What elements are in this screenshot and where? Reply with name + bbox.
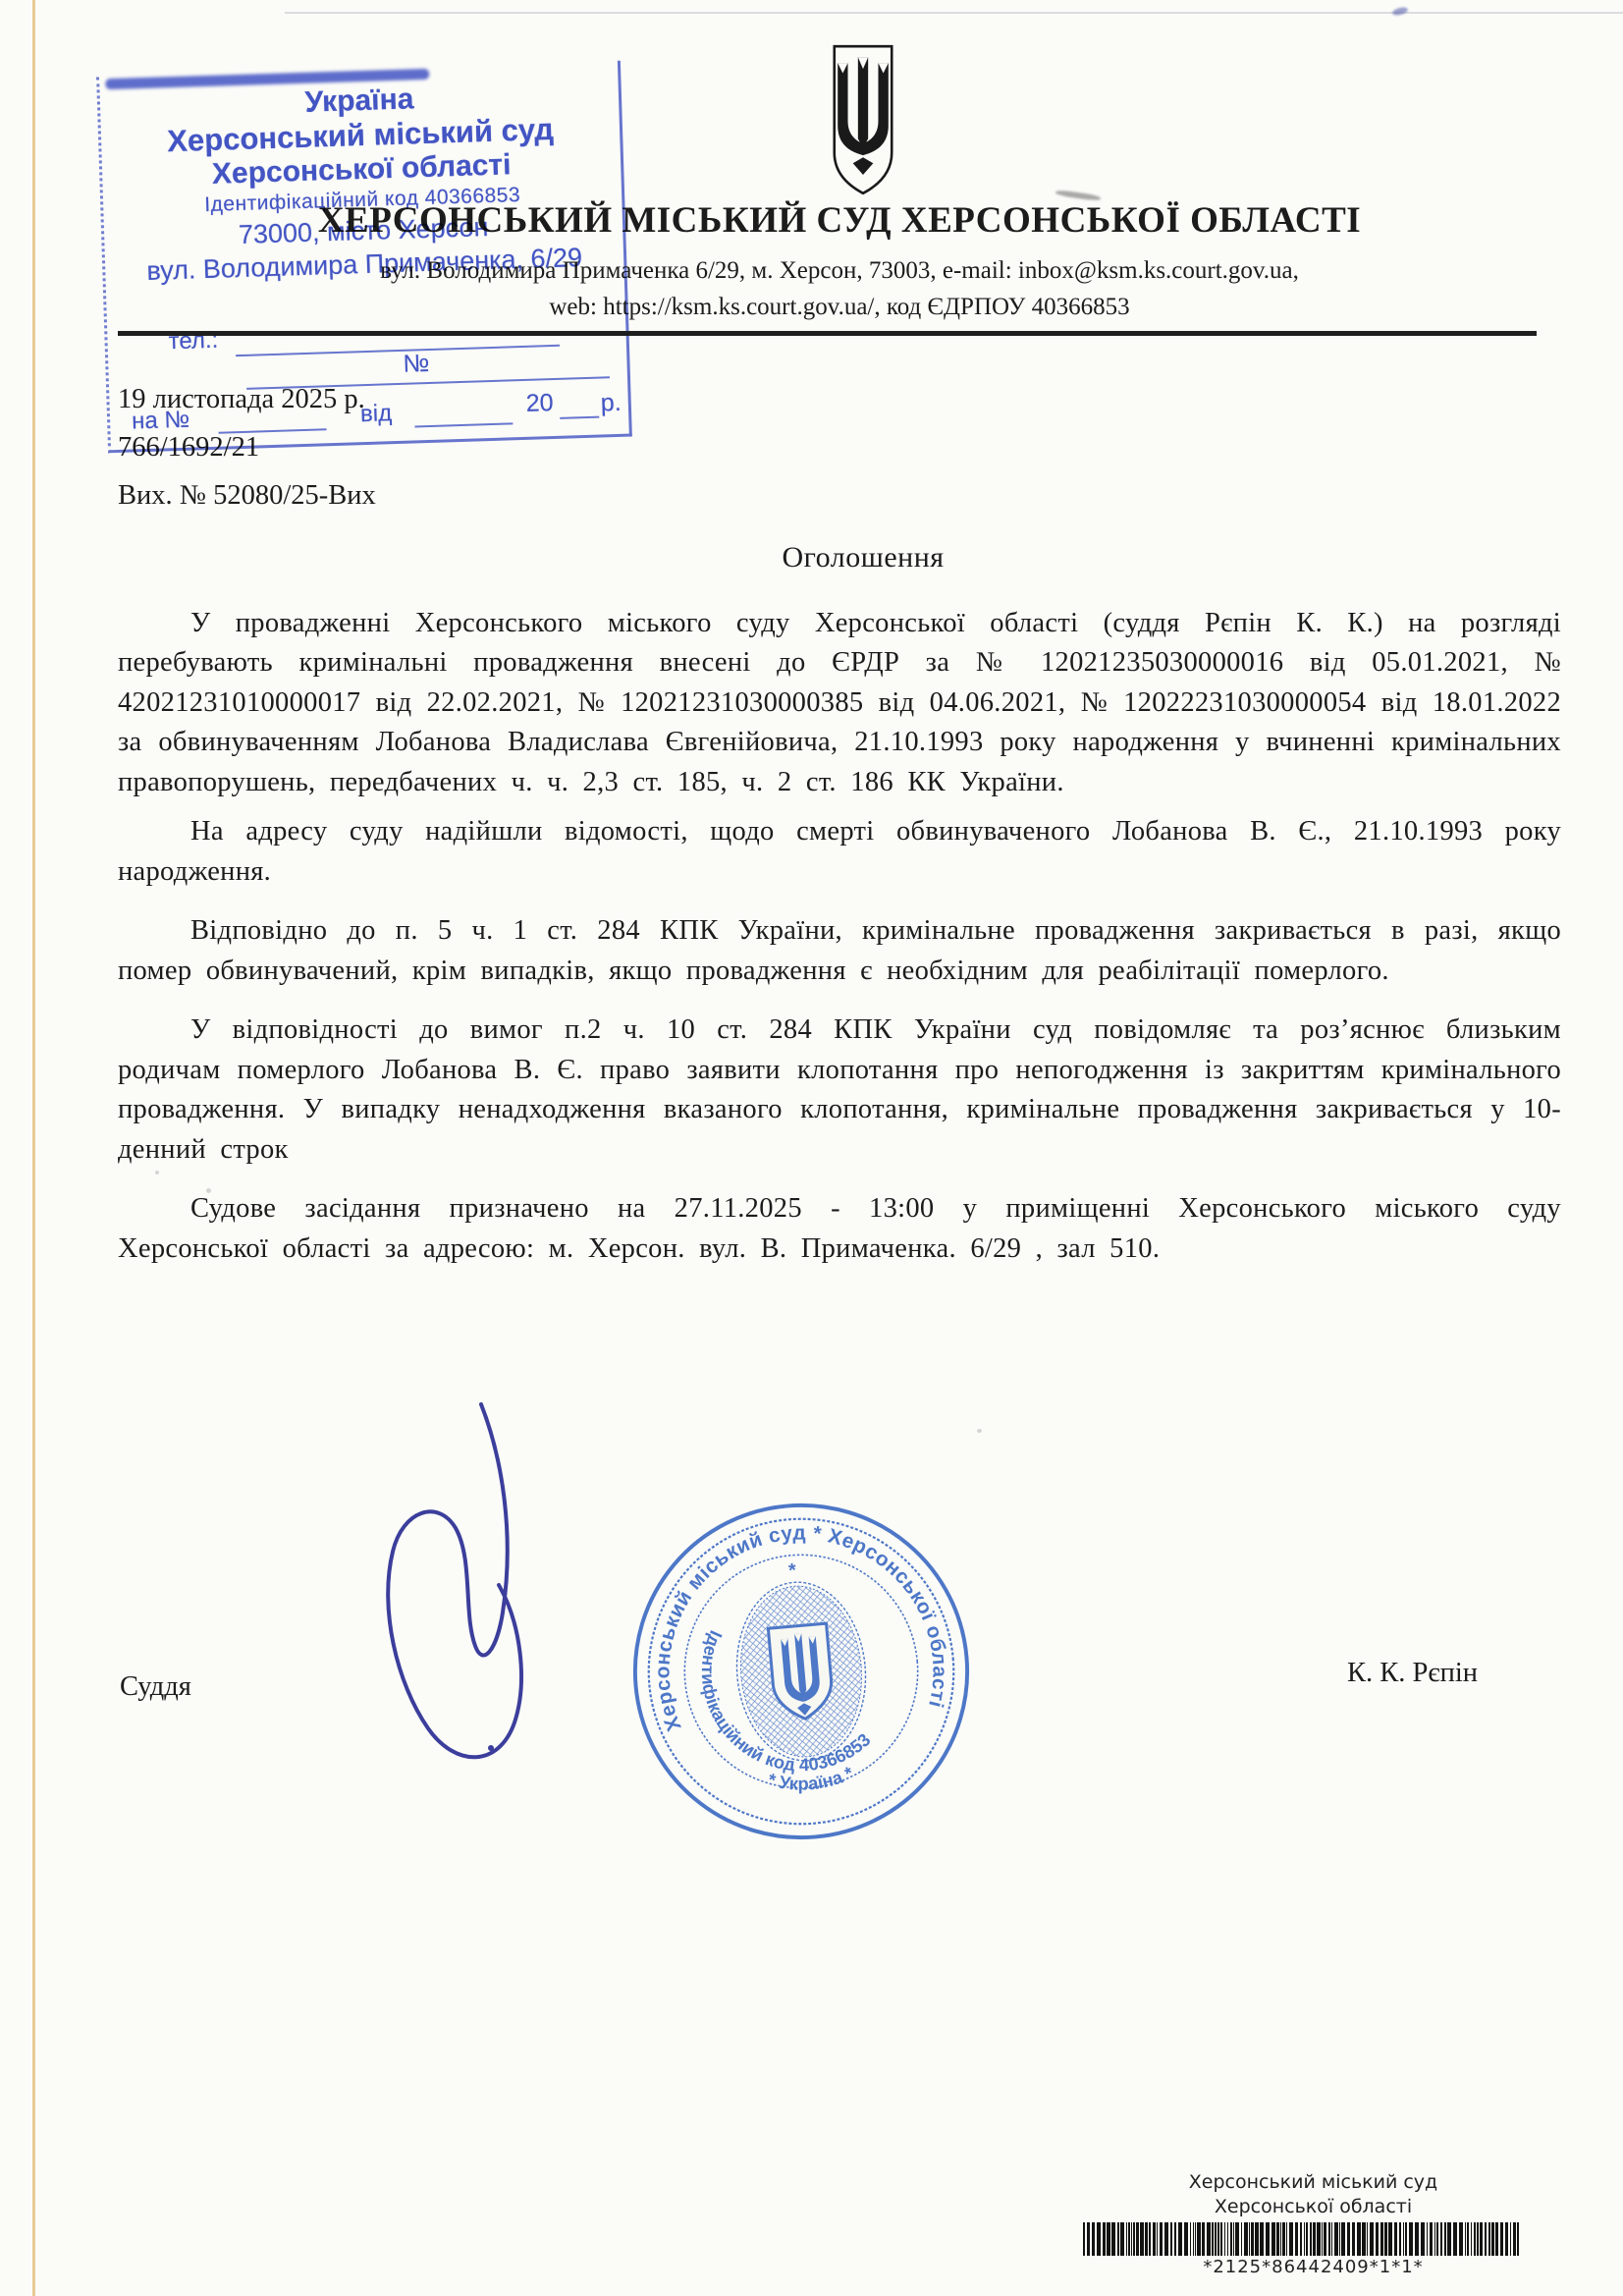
stamp-blank-line [414,421,513,427]
scan-speck [977,1429,982,1433]
corner-rubber-stamp: Україна Херсонський міський суд Херсонсь… [96,61,632,454]
footer-court-line-1: Херсонський міський суд [1065,2170,1561,2195]
stamp-number-label: № [403,350,430,379]
coat-of-arms-tryzub-icon [821,41,905,210]
header-divider-rule [118,331,1537,336]
barcode-bars [1083,2222,1544,2256]
scanned-court-document: Україна Херсонський міський суд Херсонсь… [0,0,1623,2296]
paragraph: Відповідно до п. 5 ч. 1 ст. 284 КПК Укра… [118,911,1561,991]
seal-star: * [787,1559,797,1582]
stamp-blank-line [560,415,599,419]
stamp-from-label: від [360,400,393,428]
signer-name: К. К. Рєпін [1347,1658,1478,1689]
ink-smudge [1391,6,1408,17]
stamp-year-prefix: 20 [525,389,554,418]
handwritten-signature [373,1383,609,1776]
scan-top-line [285,12,1623,14]
document-body: Оголошення У провадженні Херсонського мі… [118,538,1561,1279]
paragraph: У провадженні Херсонського міського суду… [118,604,1561,803]
official-round-seal: Херсонський міський суд * Херсонської об… [612,1482,991,1861]
stamp-blank-line [236,344,560,356]
stamp-on-number-label: на № [132,407,190,436]
stamp-blank-line [218,427,326,433]
signer-role-label: Суддя [120,1671,191,1703]
paragraph: Судове засідання призначено на 27.11.202… [118,1189,1561,1269]
stamp-year-suffix: р. [600,389,622,418]
paragraph: На адресу суду надійшли відомості, щодо … [118,812,1561,892]
footer-barcode-block: Херсонський міський суд Херсонської обла… [1065,2170,1561,2277]
outgoing-number: Вих. № 52080/25-Вих [118,471,376,519]
document-title: Оголошення [118,538,1561,578]
paragraph: У відповідності до вимог п.2 ч. 10 ст. 2… [118,1011,1561,1170]
footer-court-line-2: Херсонської області [1065,2195,1561,2219]
barcode-value: *2125*86442409*1*1* [1065,2257,1561,2277]
scan-edge-line [32,0,35,2296]
